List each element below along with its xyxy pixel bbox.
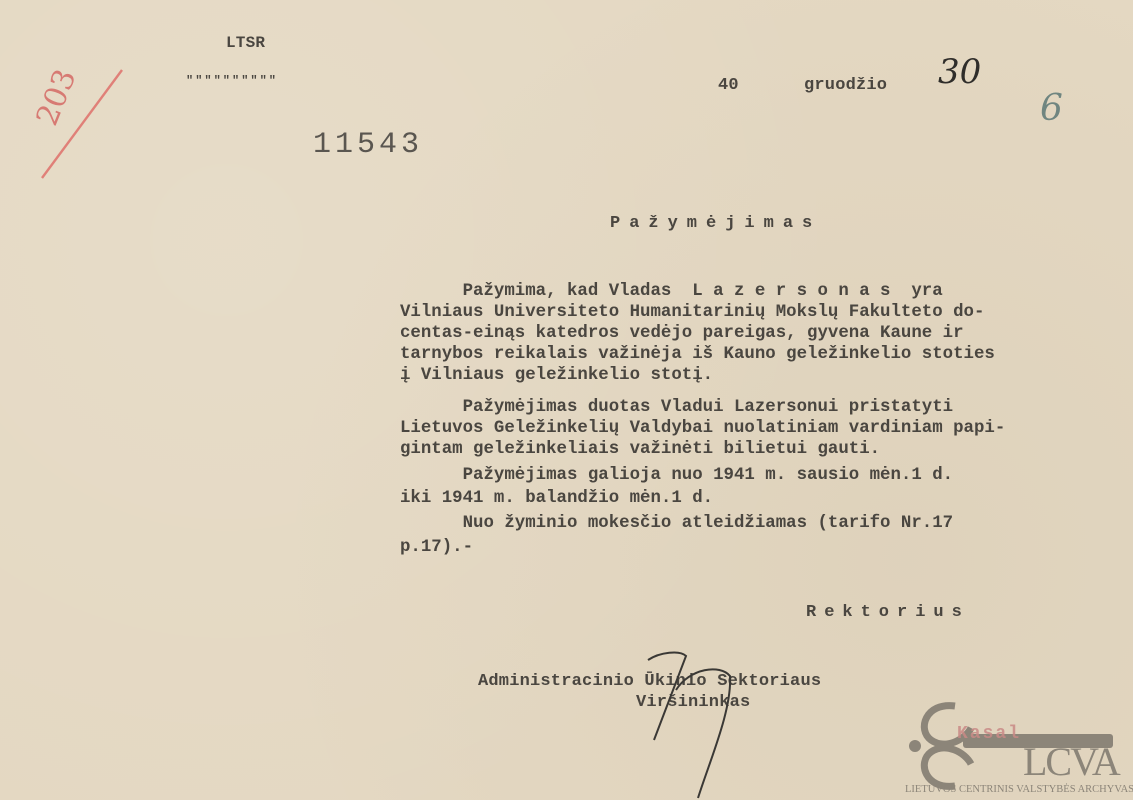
page-number-handwritten: 6 <box>1040 88 1063 129</box>
date-year: 40 <box>718 76 739 95</box>
stamp-text: Kasal <box>957 724 1021 744</box>
red-pencil-stroke-icon <box>36 66 126 186</box>
body-line: Lietuvos Geležinkelių Valdybai nuolatini… <box>400 419 1005 438</box>
archive-logo-text: LCVA <box>1023 738 1119 785</box>
document-number: 11543 <box>313 128 423 162</box>
body-line: į Vilniaus geležinkelio stotį. <box>400 366 713 385</box>
body-line: Pažymėjimas galioja nuo 1941 m. sausio m… <box>400 466 953 485</box>
date-month: gruodžio <box>804 76 887 95</box>
signature-icon <box>640 650 740 800</box>
body-line: p.17).- <box>400 538 473 557</box>
body-line: tarnybos reikalais važinėja iš Kauno gel… <box>400 345 995 364</box>
body-line: Pažymima, kad Vladas L a z e r s o n a s… <box>400 282 943 301</box>
body-line: centas-einąs katedros vedėjo pareigas, g… <box>400 324 964 343</box>
body-line: Pažymėjimas duotas Vladui Lazersonui pri… <box>400 398 953 417</box>
body-line: Nuo žyminio mokesčio atleidžiamas (tarif… <box>400 514 953 533</box>
archive-watermark: Kasal LCVA LIETUVOS CENTRINIS VALSTYBĖS … <box>905 690 1133 800</box>
document-title: Pažymėjimas <box>610 214 821 233</box>
body-line: iki 1941 m. balandžio mėn.1 d. <box>400 489 713 508</box>
date-day-handwritten: 30 <box>938 52 981 92</box>
body-line: Vilniaus Universiteto Humanitarinių Moks… <box>400 303 984 322</box>
body-line: gintam geležinkeliais važinėti bilietui … <box>400 440 880 459</box>
archive-name: LIETUVOS CENTRINIS VALSTYBĖS ARCHYVAS <box>905 784 1133 795</box>
org-underline: """""""""" <box>186 74 278 88</box>
org-label: LTSR <box>226 34 265 52</box>
rector-label: Rektorius <box>806 603 970 622</box>
